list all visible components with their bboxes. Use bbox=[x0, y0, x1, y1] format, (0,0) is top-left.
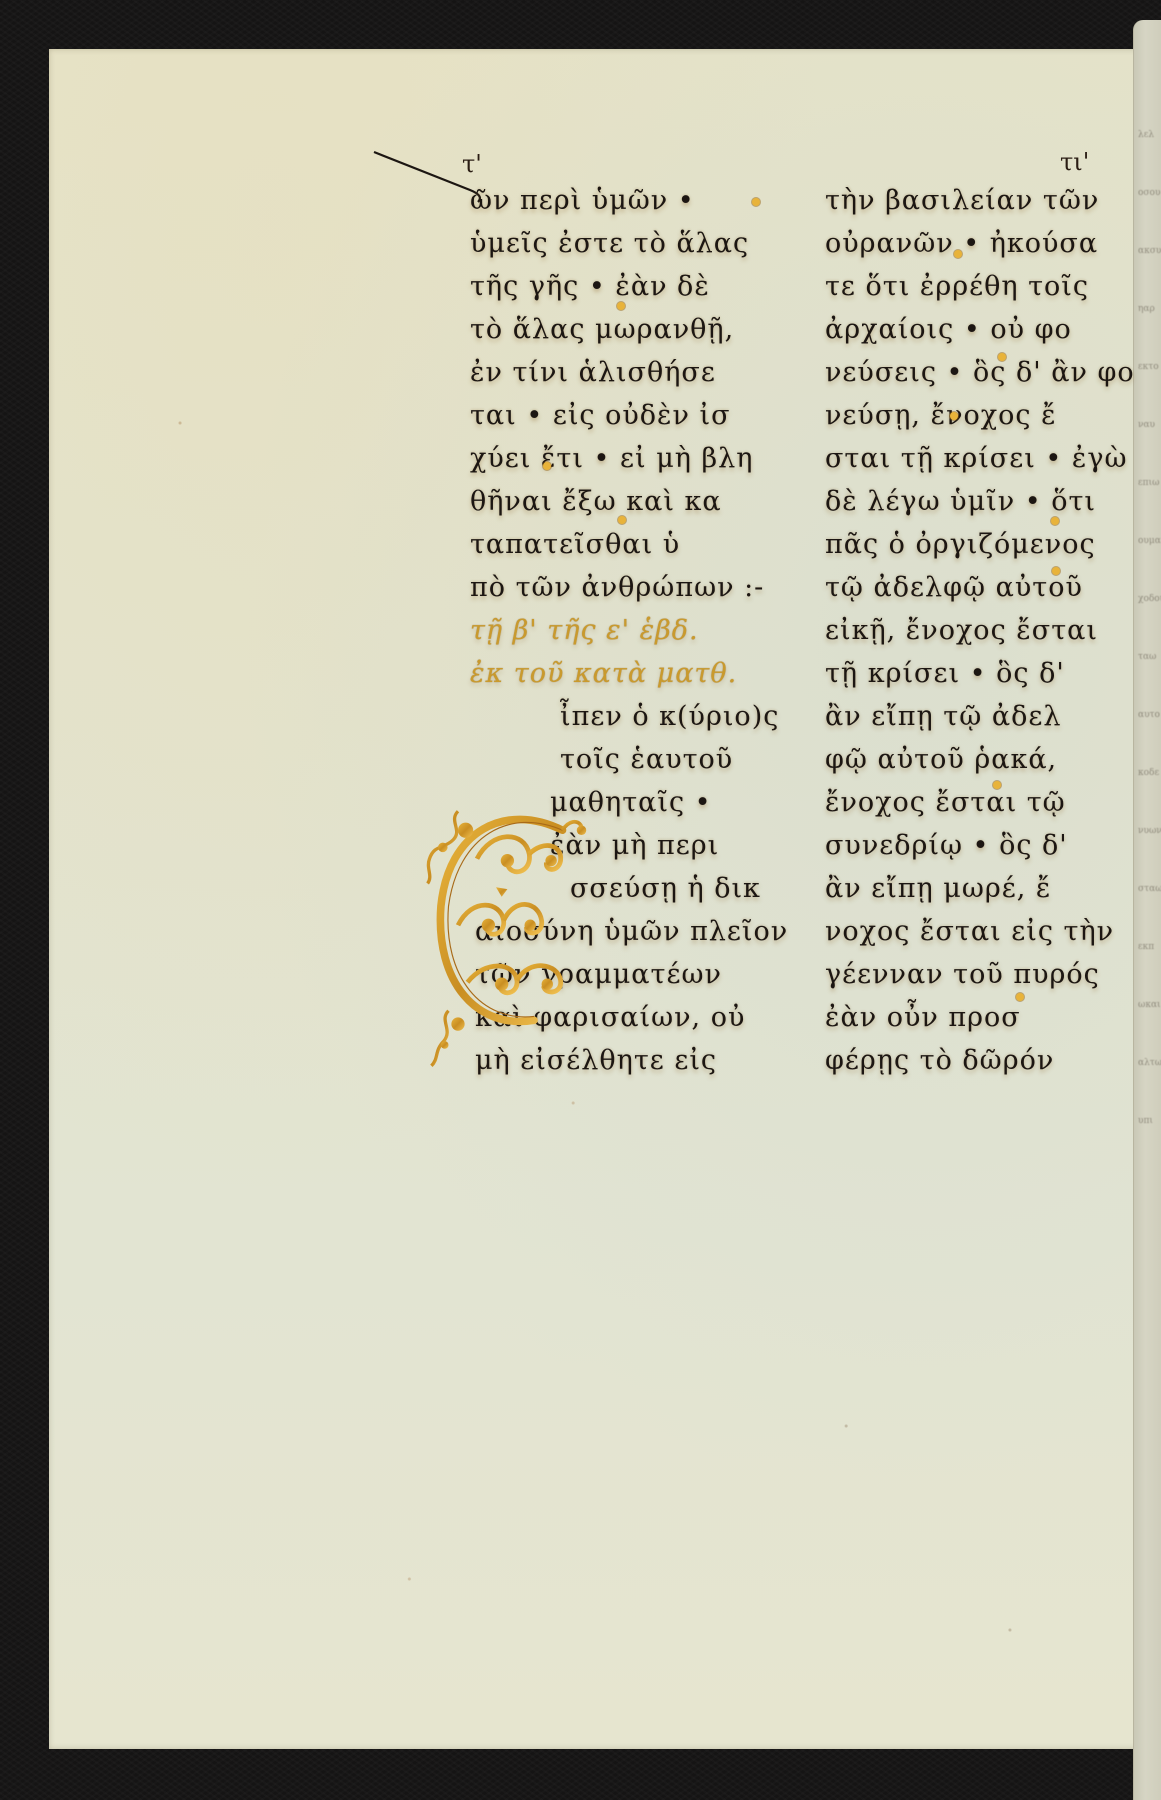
text-line: ἀρχαίοις • οὐ φο bbox=[825, 313, 1072, 347]
text-line: τῆς γῆς • ἐὰν δὲ bbox=[470, 270, 710, 304]
text-line: τὴν βασιλείαν τῶν bbox=[825, 184, 1099, 218]
facing-page-edge: λελοσουακσυηαρεκτοναυεπιωουμαχοδοιταωαυτ… bbox=[1133, 20, 1161, 1800]
text-line: ται • εἰς οὐδὲν ἰσ bbox=[470, 399, 731, 433]
text-line: τῇ κρίσει • ὃς δ' bbox=[825, 657, 1065, 691]
text-line: ἶπεν ὁ κ(ύριο)ς bbox=[560, 700, 779, 734]
text-line: τοῖς ἑαυτοῦ bbox=[560, 743, 733, 777]
gold-punctuation-dot bbox=[618, 516, 626, 524]
text-line: ἔνοχος ἔσται τῷ bbox=[825, 786, 1066, 820]
facing-page-text-fragment: ηαρ bbox=[1138, 304, 1161, 313]
facing-page-text-fragment: εκτο bbox=[1138, 362, 1161, 371]
gold-punctuation-dot bbox=[1052, 567, 1060, 575]
gold-punctuation-dot bbox=[993, 781, 1001, 789]
rubric-line: τῇ β' τῆς ε' ἑβδ. bbox=[470, 614, 699, 648]
text-line: τῷ ἀδελφῷ αὐτοῦ bbox=[825, 571, 1083, 605]
text-line: ἂν εἴπῃ τῷ ἀδελ bbox=[825, 700, 1061, 734]
text-line: πὸ τῶν ἀνθρώπων :- bbox=[470, 571, 764, 605]
chapter-number-right: τι' bbox=[1060, 148, 1089, 176]
facing-page-text-fragment: κοδε bbox=[1138, 768, 1161, 777]
chapter-number-left: τ' bbox=[462, 150, 482, 178]
text-line: ἐν τίνι ἁλισθήσε bbox=[470, 356, 716, 390]
facing-page-text-fragment: νυων bbox=[1138, 826, 1161, 835]
text-line: ὑμεῖς ἐστε τὸ ἅλας bbox=[470, 227, 749, 261]
text-line: ταπατεῖσθαι ὑ bbox=[470, 528, 680, 562]
gold-punctuation-dot bbox=[752, 198, 760, 206]
text-line: ἐὰν οὖν προσ bbox=[825, 1001, 1021, 1035]
facing-page-text-fragment: οσου bbox=[1138, 188, 1161, 197]
facing-page-text-fragment: χοδοι bbox=[1138, 594, 1161, 603]
text-line: συνεδρίῳ • ὃς δ' bbox=[825, 829, 1068, 863]
illuminated-initial-epsilon bbox=[420, 780, 610, 1080]
text-line: τὸ ἅλας μωρανθῇ, bbox=[470, 313, 734, 347]
gold-punctuation-dot bbox=[617, 302, 625, 310]
text-line: ἂν εἴπῃ μωρέ, ἔ bbox=[825, 872, 1051, 906]
text-line: πᾶς ὁ ὀργιζόμενος bbox=[825, 528, 1096, 562]
gold-punctuation-dot bbox=[1051, 517, 1059, 525]
gold-punctuation-dot bbox=[543, 462, 551, 470]
gold-punctuation-dot bbox=[954, 250, 962, 258]
facing-page-text-fragment: ωκαι bbox=[1138, 1000, 1161, 1009]
text-line: χύει ἔτι • εἰ μὴ βλη bbox=[470, 442, 753, 476]
text-line: φέρῃς τὸ δῶρόν bbox=[825, 1044, 1054, 1078]
facing-page-text-fragment: υπι bbox=[1138, 1116, 1161, 1125]
facing-page-text-fragment: αυτο bbox=[1138, 710, 1161, 719]
facing-page-text-fragment: λελ bbox=[1138, 130, 1161, 139]
text-line: τε ὅτι ἐρρέθη τοῖς bbox=[825, 270, 1089, 304]
gold-punctuation-dot bbox=[1016, 993, 1024, 1001]
rubric-line: ἐκ τοῦ κατὰ ματθ. bbox=[470, 657, 737, 691]
text-line: σται τῇ κρίσει • ἐγὼ bbox=[825, 442, 1128, 476]
text-line: ῶν περὶ ὑμῶν • bbox=[470, 184, 695, 218]
facing-page-text-fragment: ναυ bbox=[1138, 420, 1161, 429]
facing-page-text-fragment: αλτω bbox=[1138, 1058, 1161, 1067]
text-line: νεύσεις • ὃς δ' ἂν φο bbox=[825, 356, 1135, 390]
facing-page-text-fragment: εκπ bbox=[1138, 942, 1161, 951]
facing-page-text-fragment: επιω bbox=[1138, 478, 1161, 487]
text-line: νοχος ἔσται εἰς τὴν bbox=[825, 915, 1114, 949]
text-line: οὐρανῶν • ἠκούσα bbox=[825, 227, 1098, 261]
gold-punctuation-dot bbox=[950, 412, 958, 420]
text-line: εἰκῇ, ἔνοχος ἔσται bbox=[825, 614, 1098, 648]
text-line: δὲ λέγω ὑμῖν • ὅτι bbox=[825, 485, 1096, 519]
gold-punctuation-dot bbox=[998, 353, 1006, 361]
text-line: φῷ αὐτοῦ ῥακά, bbox=[825, 743, 1057, 777]
text-line: γέενναν τοῦ πυρός bbox=[825, 958, 1100, 992]
facing-page-text-fragment: σταω bbox=[1138, 884, 1161, 893]
facing-page-text-fragment: ταω bbox=[1138, 652, 1161, 661]
facing-page-text-fragment: ακσυ bbox=[1138, 246, 1161, 255]
text-line: θῆναι ἔξω καὶ κα bbox=[470, 485, 722, 519]
facing-page-text-fragment: ουμα bbox=[1138, 536, 1161, 545]
text-line: νεύσῃ, ἔνοχος ἔ bbox=[825, 399, 1057, 433]
